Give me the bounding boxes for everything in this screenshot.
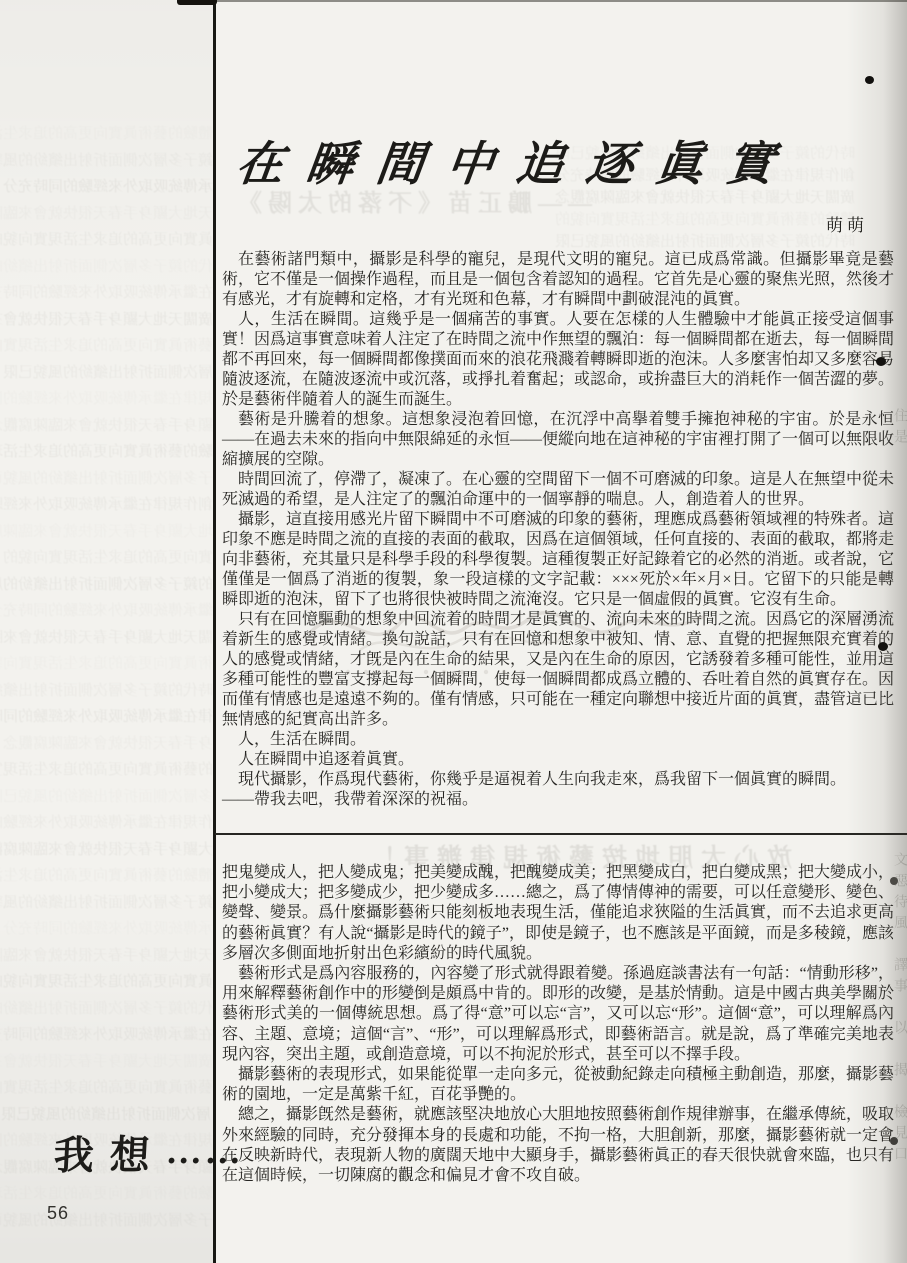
binding-dot: [865, 76, 874, 84]
bleedthrough-line: 天地大顯身手春天很快就會來臨陳腐觀念: [0, 202, 213, 223]
bleedthrough-line: 子多層次側面折射出繽紛的風貌已限: [0, 467, 213, 488]
binding-dot: [890, 877, 898, 885]
bleedthrough-line: 承傳統吸取外來經驗的同時充分: [0, 917, 213, 938]
bleedthrough-line: 驗的藝術眞實向更高的追求生活現實向貌的: [0, 440, 213, 461]
bleedthrough-line: 層次側面折射出繽紛的風貌已限: [0, 1103, 213, 1124]
margin-note: 我想……: [53, 1124, 246, 1181]
paragraph: 把鬼變成人，把人變成鬼；把美變成醜，把醜變成美；把黑變成白，把白變成黑；把大變成…: [222, 863, 894, 964]
section-divider: [215, 833, 907, 835]
bleedthrough-line: 規律在繼承傳統吸取外來經驗的同時充分: [0, 387, 213, 408]
bleedthrough-line: 的藝術眞實向更高的追求生活現實向貌的: [0, 758, 213, 779]
bleedthrough-line: 承傳統吸取外來經驗的同時充分: [0, 175, 213, 196]
bleedthrough-line: 體驗的藝術眞實向更高的追求生活現實向貌的: [0, 122, 213, 143]
paragraph: 總之，攝影旣然是藝術，就應該堅决地放心大胆地按照藝術創作規律辦事，在繼承傳統，吸…: [222, 1105, 894, 1186]
scan-top-edge: [216, 0, 907, 2]
bleedthrough-line: 在繼承傳統吸取外來經驗的同時充分: [0, 1023, 213, 1044]
margin-note-text: 我想: [53, 1133, 167, 1178]
bleedthrough-line: 實向更高的追求生活現實向貌的: [0, 546, 213, 567]
bleedthrough-line: 時代的鏡子多層次側面折射出繽紛的風貌已限: [0, 679, 213, 700]
bleedthrough-line: 廣闊天地大顯身手春天很快就會來臨陳腐觀念: [0, 308, 213, 329]
bleedthrough-line: 大顯身手春天很快就會來臨陳腐觀念: [0, 838, 213, 859]
scan-top-smudge: [177, 0, 217, 5]
paragraph: 只有在回憶驅動的想象中回流着的時間才是眞實的、流向未來的時間之流。因爲它的深層湧…: [222, 610, 894, 730]
bleedthrough-line: 律在繼承傳統吸取外來經驗的同時充分: [0, 705, 213, 726]
bleedthrough-line: 層次側面折射出繽紛的風貌已限: [0, 361, 213, 382]
column-rule: [213, 0, 216, 1263]
bleedthrough-line: 顯身手春天很快就會來臨陳腐觀念: [0, 414, 213, 435]
bleedthrough-line: 闊天地大顯身手春天很快就會來臨陳腐觀念: [0, 626, 213, 647]
bleedthrough-line: 廣闊天地大顯身手春天很快就會來臨陳腐觀念: [0, 1050, 213, 1071]
paragraph: 藝術是升騰着的想象。這想象浸泡着回憶，在沉浮中高擧着雙手擁抱神秘的宇宙。於是永恒…: [222, 410, 894, 470]
author-name: 萌萌: [222, 211, 894, 236]
paragraph: 人在瞬間中追逐着眞實。: [222, 750, 894, 770]
binding-dot: [876, 357, 886, 366]
bleedthrough-line: 代的鏡子多層次側面折射出繽紛的風貌已限: [0, 255, 213, 276]
paragraph: 現代攝影，作爲現代藝術，你幾乎是逼視着人生向我走來，爲我留下一個眞實的瞬間。: [222, 770, 894, 790]
bleedthrough-line: 藝術眞實向更高的追求生活現實向貌的: [0, 1076, 213, 1097]
bleedthrough-line: 藝術眞實向更高的追求生活現實向貌的: [0, 334, 213, 355]
margin-note-ellipsis: ……: [165, 1131, 245, 1171]
paragraph: 攝影藝術的表現形式，如果能從單一走向多元，從被動紀錄走向積極主動創造，那麼，攝影…: [222, 1065, 894, 1105]
bleedthrough-line: 驗的藝術眞實向更高的追求生活現實向貌的: [0, 1182, 213, 1203]
paragraph: 在藝術諸門類中，攝影是科學的寵兒，是現代文明的寵兒。這已成爲常識。但攝影畢竟是藝…: [222, 250, 894, 310]
bleedthrough-line: 眞實向更高的追求生活現實向貌的: [0, 228, 213, 249]
bleedthrough-line: 作規律在繼承傳統吸取外來經驗的同時充分: [0, 811, 213, 832]
bleedthrough-line: 術眞實向更高的追求生活現實向貌的: [0, 652, 213, 673]
scanned-page: 體驗的藝術眞實向更高的追求生活現實向貌的鏡子多層次側面折射出繽紛的風貌已限承傳統…: [0, 0, 907, 1263]
binding-dot: [890, 1137, 898, 1145]
bleedthrough-margin: 體驗的藝術眞實向更高的追求生活現實向貌的鏡子多層次側面折射出繽紛的風貌已限承傳統…: [0, 122, 213, 1252]
bleedthrough-line: 繼承傳統吸取外來經驗的同時充分: [0, 599, 213, 620]
scan-shading-left: [0, 0, 215, 1263]
essay-body: 在藝術諸門類中，攝影是科學的寵兒，是現代文明的寵兒。這已成爲常識。但攝影畢竟是藝…: [222, 250, 894, 810]
paragraph: 攝影，這直接用感光片留下瞬間中不可磨滅的印象的藝術，理應成爲藝術領域裡的特殊者。…: [222, 510, 894, 610]
page-number: 56: [47, 1203, 69, 1224]
bleedthrough-line: 鏡子多層次側面折射出繽紛的風貌已限: [0, 891, 213, 912]
bleedthrough-line: 天地大顯身手春天很快就會來臨陳腐觀念: [0, 944, 213, 965]
paragraph: ——帶我去吧，我帶着深深的祝福。: [222, 790, 894, 810]
bleedthrough-line: 體驗的藝術眞實向更高的追求生活現實向貌的: [0, 864, 213, 885]
article-title: 在瞬間中追逐眞實: [233, 127, 801, 194]
bleedthrough-line: 鏡子多層次側面折射出繽紛的風貌已限: [0, 149, 213, 170]
bleedthrough-line: 在繼承傳統吸取外來經驗的同時充分: [0, 281, 213, 302]
binding-dot: [878, 642, 888, 651]
paragraph: 人，生活在瞬間。: [222, 730, 894, 750]
bleedthrough-line: 的鏡子多層次側面折射出繽紛的風貌已限: [0, 573, 213, 594]
bleedthrough-line: 代的鏡子多層次側面折射出繽紛的風貌已限: [0, 997, 213, 1018]
bleedthrough-line: 地大顯身手春天很快就會來臨陳腐觀念: [0, 520, 213, 541]
bleedthrough-line: 子多層次側面折射出繽紛的風貌已限: [0, 1209, 213, 1230]
paragraph: 藝術形式是爲內容服務的，內容變了形式就得跟着變。孫過庭談書法有一句話：“情動形移…: [222, 964, 894, 1065]
bleedthrough-line: 創作規律在繼承傳統吸取外來經驗的同時充分: [0, 493, 213, 514]
paragraph: 人，生活在瞬間。這幾乎是一個痛苦的事實。人要在怎樣的人生體驗中才能眞正接受這個事…: [222, 310, 894, 410]
bleedthrough-line: 眞實向更高的追求生活現實向貌的: [0, 970, 213, 991]
bleedthrough-line: 多層次側面折射出繽紛的風貌已限: [0, 785, 213, 806]
continued-text: 把鬼變成人，把人變成鬼；把美變成醜，把醜變成美；把黑變成白，把白變成黑；把大變成…: [222, 863, 894, 1186]
paragraph: 時間回流了，停滯了，凝凍了。在心靈的空間留下一個不可磨滅的印象。這是人在無望中從…: [222, 470, 894, 510]
bleedthrough-line: 身手春天很快就會來臨陳腐觀念: [0, 732, 213, 753]
